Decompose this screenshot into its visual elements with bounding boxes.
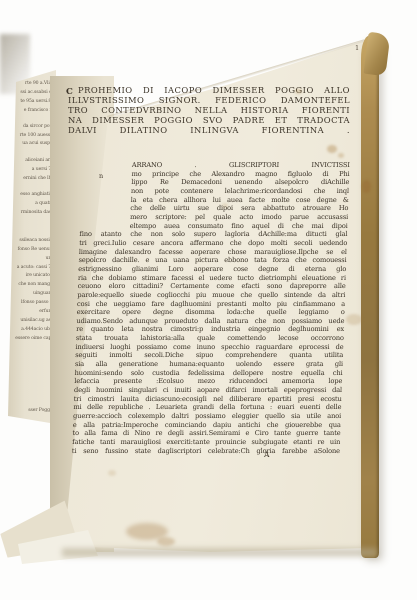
left-page-text-fragment: lfonso passo in — [12, 299, 54, 308]
left-page-text-fragment: aliceiani aro. — [12, 157, 54, 166]
left-page-text-fragment: a.444acio ub.4 — [12, 326, 54, 335]
vellum-binding-edge — [361, 36, 379, 558]
left-page-text-fragment: te 95a uersi.8g — [12, 98, 54, 107]
left-page-text-fragment: a acuto: cassi 75 — [12, 264, 54, 273]
vellum-corner-curl — [364, 32, 391, 76]
left-page-text-fragment: rminosita dasu — [12, 209, 54, 218]
body-text-line: huomini:sendo solo custodia fedelissima … — [74, 369, 342, 378]
body-text-line: indiuersi luoghi possiamo come inuno spe… — [75, 343, 343, 352]
body-text-line: mi delle republiche . Leuarieta grandi d… — [73, 403, 341, 412]
body-text-line: stata trouata lahistoria:alla quale come… — [76, 334, 344, 343]
body-text-line: estrignessino glianimi Loro aoperare cos… — [78, 265, 346, 274]
foxing-spot — [300, 250, 305, 254]
left-page-text-column: rte 90 a.Vli qssi ac.ssabsi cyte 95a uer… — [12, 80, 54, 416]
foxing-spot — [362, 180, 371, 193]
body-text-line: ceuono eloro cittadini? Certamente come … — [77, 282, 345, 291]
body-text-line: guerre:accioch colexemplo daltri possiam… — [73, 412, 341, 421]
left-page-text-fragment: sser Poggio — [12, 407, 54, 416]
left-page-text-fragment: da sircor pota — [12, 123, 54, 132]
left-page-text-fragment: esso anghiatipi — [12, 191, 54, 200]
body-text-line: limagine dalexandro facesse aoperare cho… — [79, 248, 347, 257]
body-text-line: ria che dobiamo stimare facessi el ueder… — [78, 274, 346, 283]
left-page-text-fragment: rte 90 a.Vli q — [12, 80, 54, 89]
heading-line: TRO CONTEDVRBINO NELLA HISTORIA FIORENTI — [68, 106, 350, 116]
body-text-line: e alla patria:Imperoche cominciando dapi… — [73, 421, 341, 430]
left-page-edge: rte 90 a.Vli qssi ac.ssabsi cyte 95a uer… — [8, 70, 56, 424]
body-text-line: ti seno fussino state dagliscriptori cel… — [72, 447, 340, 456]
left-page-text-fragment: ernini che lha — [12, 175, 54, 184]
body-text-line: lippo Re Demacedoni uenendo alsepolcro d… — [131, 178, 349, 187]
left-page-text-fragment: a uersi 74 — [12, 166, 54, 175]
body-text-line: la eta chera allhora lui auea facte molt… — [130, 196, 348, 205]
left-page-text-fragment: a quatro — [12, 200, 54, 209]
body-text-line: fatiche tanti marauigliosi exerciti:tant… — [72, 438, 340, 447]
left-page-text-fragment: ua acui suspe. — [12, 140, 54, 149]
body-text-line: seguiti inmolti secoli.Diche sipuo compr… — [75, 351, 343, 360]
body-text-line: mero scriptore: pel quale acto imodo par… — [130, 213, 348, 222]
body-text-line: cosi che ueggiamo fare daglhuomini prest… — [77, 300, 345, 309]
foxing-spot — [327, 145, 337, 153]
body-text-line: lefaccia presente :Ecolsuo mezo riducend… — [74, 377, 342, 386]
body-text-line: tri cimostri lauita diciascuno:ecosigli … — [74, 395, 342, 404]
foxing-stain — [157, 537, 175, 546]
foxing-spot — [222, 203, 228, 208]
heading-line: NA DIMESSER POGGIO SVO PADRE ET TRADOCTA — [68, 116, 350, 126]
body-text-line: udiamo.Sendo adunque proueduto dalla nat… — [76, 317, 344, 326]
body-text-block: ARRANO . GLISCRIPTORI INVICTISSImo princ… — [72, 161, 350, 455]
foxing-spot — [338, 153, 344, 158]
body-text-line: sia alla generatione humana:equanto uole… — [75, 360, 343, 369]
body-text-line: sepolcro dachille. e una uana pictura eb… — [78, 256, 346, 265]
body-text-line: degli huomini singulari ci inuiti aopare… — [74, 386, 342, 395]
heading-line: PROHEMIO DI IACOPO DIMESSER POGGIO ALLO — [68, 86, 350, 96]
body-text-line: re quanto leta nostra cimostri:p industr… — [76, 325, 344, 334]
body-text-line: che delle uirtu sue dipoi sera abbattuto… — [130, 204, 348, 213]
left-page-text-fragment: erfuno — [12, 308, 54, 317]
body-text-line: eltempo auea consumato fino aquel di che… — [130, 222, 348, 231]
body-text-line: to alla fama di Nino re degli assiri.Sem… — [72, 429, 340, 438]
left-page-text-fragment: unisilac.ug asti — [12, 317, 54, 326]
left-page-text-fragment: ire unicato p — [12, 272, 54, 281]
left-page-text-fragment: che non mangia — [12, 281, 54, 290]
left-page-text-fragment: fonso Re uenuto — [12, 246, 54, 255]
body-text-line: tri greci.Iulio cesare ancora affermano … — [79, 239, 347, 248]
left-page-text-fragment: ssileaca nossi p — [12, 237, 54, 246]
foxing-spot — [295, 89, 302, 94]
page-bottom-shadow — [62, 548, 377, 557]
body-text-line: exercitare opere degne disomma loda:che … — [77, 308, 345, 317]
heading-line: DALVI DILATINO INLINGVA FIORENTINA . — [68, 126, 350, 136]
left-page-text-fragment: e francisco fu — [12, 107, 54, 116]
body-text-line: parole:equello siuede cogliocchi piu muo… — [77, 291, 345, 300]
foxing-spot — [346, 314, 362, 325]
book-photo: rte 90 a.Vli qssi ac.ssabsi cyte 95a uer… — [0, 0, 417, 600]
left-page-text-fragment: ssi ac.ssabsi cy — [12, 89, 54, 98]
prohemio-heading: PROHEMIO DI IACOPO DIMESSER POGGIO ALLOI… — [68, 86, 350, 136]
body-text-line: fino atanto che non solo supero lagloria… — [79, 230, 347, 239]
left-page-text-fragment: rte 100 auess a — [12, 132, 54, 141]
left-page-text-fragment: uno — [12, 255, 54, 264]
heading-line: ILLVSTRISSIMO SIGNOR. FEDERICO DAMONTEFE… — [68, 96, 350, 106]
body-text-line: mo principe che Alexandro magno figluolo… — [131, 170, 349, 179]
left-page-text-fragment: uinguano — [12, 290, 54, 299]
foxing-spot — [108, 470, 116, 476]
folio-number: 1 — [355, 44, 359, 52]
left-page-text-fragment: essere oime capo — [12, 335, 54, 344]
signature-mark: A — [264, 450, 269, 459]
body-text-line: non pote contenere lelachrime:ricordando… — [131, 187, 349, 196]
body-text-line: ARRANO . GLISCRIPTORI INVICTISSI — [132, 161, 350, 170]
